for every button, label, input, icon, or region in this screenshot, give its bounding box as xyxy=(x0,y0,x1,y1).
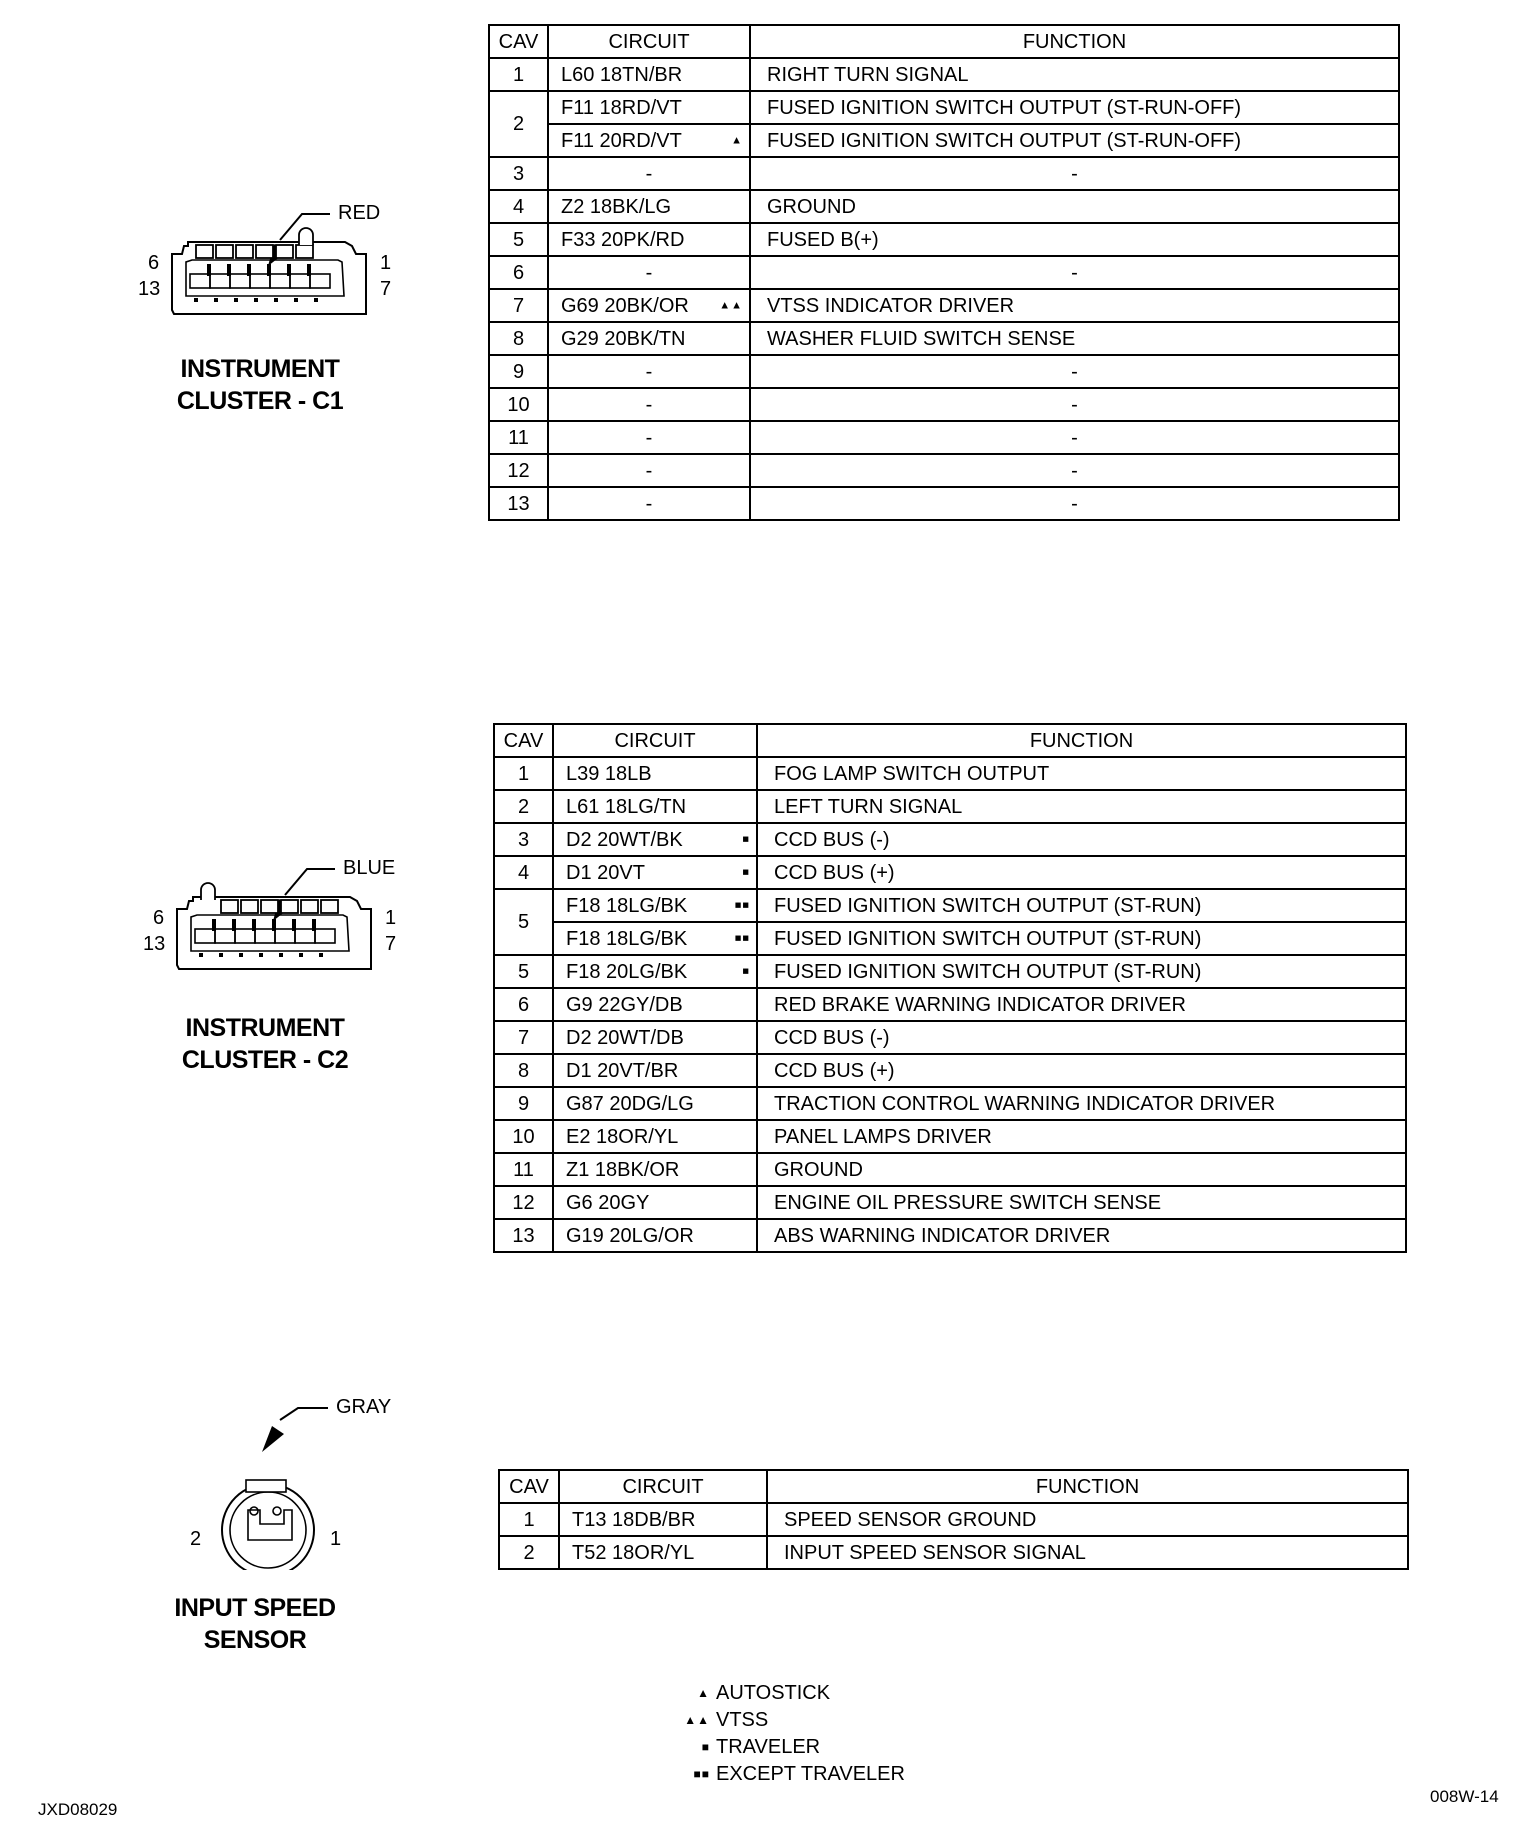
input-speed-sensor-connector: GRAY 2 1 xyxy=(180,1400,440,1580)
table-row: 8G29 20BK/TNWASHER FLUID SWITCH SENSE xyxy=(489,322,1399,355)
circuit-cell: L60 18TN/BR xyxy=(548,58,750,91)
circuit-code: E2 18OR/YL xyxy=(566,1126,678,1148)
legend-item: ■■EXCEPT TRAVELER xyxy=(678,1761,905,1788)
circuit-cell: D2 20WT/BK■ xyxy=(553,823,757,856)
connector-c1-title: INSTRUMENT CLUSTER - C1 xyxy=(150,353,370,417)
circuit-code: - xyxy=(646,394,653,416)
circuit-code: - xyxy=(646,460,653,482)
function-cell: SPEED SENSOR GROUND xyxy=(767,1503,1408,1536)
circuit-code: G87 20DG/LG xyxy=(566,1093,694,1115)
circuit-cell: L61 18LG/TN xyxy=(553,790,757,823)
connector-c1-title-line2: CLUSTER - C1 xyxy=(150,385,370,417)
column-header-cav: CAV xyxy=(489,25,548,58)
circuit-cell: - xyxy=(548,157,750,190)
circuit-cell: - xyxy=(548,454,750,487)
circuit-cell: F18 18LG/BK■■ xyxy=(553,922,757,955)
connector-c2: BLUE 6 1 13 7 xyxy=(135,845,455,1005)
cav-cell: 1 xyxy=(494,757,553,790)
function-cell: FUSED IGNITION SWITCH OUTPUT (ST-RUN) xyxy=(757,889,1406,922)
function-cell: LEFT TURN SIGNAL xyxy=(757,790,1406,823)
function-cell: ABS WARNING INDICATOR DRIVER xyxy=(757,1219,1406,1252)
table-row: 1L39 18LBFOG LAMP SWITCH OUTPUT xyxy=(494,757,1406,790)
cav-cell: 1 xyxy=(499,1503,559,1536)
page-reference: 008W-14 xyxy=(1430,1787,1499,1807)
sensor-title-line1: INPUT SPEED xyxy=(155,1592,355,1624)
function-cell: FUSED IGNITION SWITCH OUTPUT (ST-RUN) xyxy=(757,955,1406,988)
legend-label: VTSS xyxy=(716,1707,768,1734)
circuit-cell: - xyxy=(548,388,750,421)
cav-cell: 6 xyxy=(489,256,548,289)
circuit-cell: D1 20VT/BR xyxy=(553,1054,757,1087)
table-row: 1L60 18TN/BRRIGHT TURN SIGNAL xyxy=(489,58,1399,91)
document-id: JXD08029 xyxy=(38,1800,117,1820)
square-marker-icon: ■ xyxy=(678,1734,716,1761)
cav-cell: 5 xyxy=(494,889,553,955)
circuit-code: D2 20WT/BK xyxy=(566,829,683,851)
circuit-cell: T13 18DB/BR xyxy=(559,1503,767,1536)
input-speed-sensor-pinout-table: CAVCIRCUITFUNCTION1T13 18DB/BRSPEED SENS… xyxy=(498,1469,1409,1570)
table-row: 2F11 18RD/VTFUSED IGNITION SWITCH OUTPUT… xyxy=(489,91,1399,124)
connector-c1-color: RED xyxy=(338,202,380,225)
connector-c2-title: INSTRUMENT CLUSTER - C2 xyxy=(155,1012,375,1076)
circuit-code: F33 20PK/RD xyxy=(561,229,684,251)
function-cell: FUSED B(+) xyxy=(750,223,1399,256)
function-cell: - xyxy=(750,355,1399,388)
column-header-cav: CAV xyxy=(499,1470,559,1503)
circuit-code: L39 18LB xyxy=(566,763,652,785)
pin-label-bottom-right: 7 xyxy=(385,933,396,956)
function-cell: FOG LAMP SWITCH OUTPUT xyxy=(757,757,1406,790)
function-cell: VTSS INDICATOR DRIVER xyxy=(750,289,1399,322)
triangle-marker-icon: ▲▲ xyxy=(678,1707,716,1734)
pin-label-left: 2 xyxy=(190,1528,201,1551)
cav-cell: 11 xyxy=(489,421,548,454)
connector-c2-title-line1: INSTRUMENT xyxy=(155,1012,375,1044)
circuit-code: T13 18DB/BR xyxy=(572,1509,695,1531)
function-cell: GROUND xyxy=(750,190,1399,223)
square-marker-icon: ■ xyxy=(742,834,750,845)
square-marker-icon: ■■ xyxy=(678,1761,716,1788)
circuit-code: - xyxy=(646,262,653,284)
cav-cell: 1 xyxy=(489,58,548,91)
square-marker-icon: ■ xyxy=(742,867,750,878)
pin-label-bottom-left: 13 xyxy=(138,278,160,301)
cav-cell: 11 xyxy=(494,1153,553,1186)
circuit-code: F18 18LG/BK xyxy=(566,928,687,950)
circuit-cell: E2 18OR/YL xyxy=(553,1120,757,1153)
triangle-marker-icon: ▲▲ xyxy=(719,300,743,311)
circuit-code: - xyxy=(646,361,653,383)
cav-cell: 3 xyxy=(489,157,548,190)
function-cell: CCD BUS (-) xyxy=(757,1021,1406,1054)
column-header-circuit: CIRCUIT xyxy=(553,724,757,757)
function-cell: - xyxy=(750,421,1399,454)
column-header-cav: CAV xyxy=(494,724,553,757)
function-cell: FUSED IGNITION SWITCH OUTPUT (ST-RUN) xyxy=(757,922,1406,955)
function-cell: FUSED IGNITION SWITCH OUTPUT (ST-RUN-OFF… xyxy=(750,124,1399,157)
table-row: 6-- xyxy=(489,256,1399,289)
table-row: 12-- xyxy=(489,454,1399,487)
legend-label: AUTOSTICK xyxy=(716,1680,830,1707)
triangle-marker-icon: ▲ xyxy=(731,135,743,146)
sensor-color: GRAY xyxy=(336,1396,391,1419)
function-cell: CCD BUS (+) xyxy=(757,1054,1406,1087)
circuit-cell: G19 20LG/OR xyxy=(553,1219,757,1252)
square-marker-icon: ■■ xyxy=(735,933,750,944)
cav-cell: 10 xyxy=(489,388,548,421)
table-row: 3-- xyxy=(489,157,1399,190)
pin-label-right: 1 xyxy=(330,1528,341,1551)
circuit-cell: G87 20DG/LG xyxy=(553,1087,757,1120)
cav-cell: 13 xyxy=(494,1219,553,1252)
function-cell: - xyxy=(750,157,1399,190)
column-header-circuit: CIRCUIT xyxy=(548,25,750,58)
cav-cell: 8 xyxy=(489,322,548,355)
pin-label-top-right: 1 xyxy=(385,907,396,930)
circuit-cell: F11 18RD/VT xyxy=(548,91,750,124)
function-cell: RIGHT TURN SIGNAL xyxy=(750,58,1399,91)
circuit-cell: F18 20LG/BK■ xyxy=(553,955,757,988)
circuit-code: G19 20LG/OR xyxy=(566,1225,694,1247)
circuit-code: F11 18RD/VT xyxy=(561,97,682,119)
legend-item: ■TRAVELER xyxy=(678,1734,905,1761)
cav-cell: 10 xyxy=(494,1120,553,1153)
table-row: 13-- xyxy=(489,487,1399,520)
function-cell: WASHER FLUID SWITCH SENSE xyxy=(750,322,1399,355)
function-cell: RED BRAKE WARNING INDICATOR DRIVER xyxy=(757,988,1406,1021)
legend-label: TRAVELER xyxy=(716,1734,820,1761)
function-cell: INPUT SPEED SENSOR SIGNAL xyxy=(767,1536,1408,1569)
circuit-cell: G9 22GY/DB xyxy=(553,988,757,1021)
table-row: 5F18 18LG/BK■■FUSED IGNITION SWITCH OUTP… xyxy=(494,889,1406,922)
circuit-code: F18 18LG/BK xyxy=(566,895,687,917)
square-marker-icon: ■ xyxy=(742,966,750,977)
circuit-code: G69 20BK/OR xyxy=(561,295,689,317)
pin-label-top-right: 1 xyxy=(380,252,391,275)
circuit-code: - xyxy=(646,427,653,449)
cav-cell: 12 xyxy=(494,1186,553,1219)
circuit-cell: T52 18OR/YL xyxy=(559,1536,767,1569)
cav-cell: 3 xyxy=(494,823,553,856)
circuit-code: G29 20BK/TN xyxy=(561,328,686,350)
function-cell: PANEL LAMPS DRIVER xyxy=(757,1120,1406,1153)
cav-cell: 6 xyxy=(494,988,553,1021)
table-row: 10-- xyxy=(489,388,1399,421)
function-cell: - xyxy=(750,256,1399,289)
column-header-function: FUNCTION xyxy=(750,25,1399,58)
function-cell: CCD BUS (-) xyxy=(757,823,1406,856)
table-row: 7D2 20WT/DBCCD BUS (-) xyxy=(494,1021,1406,1054)
function-cell: TRACTION CONTROL WARNING INDICATOR DRIVE… xyxy=(757,1087,1406,1120)
circuit-cell: D1 20VT■ xyxy=(553,856,757,889)
cav-cell: 4 xyxy=(489,190,548,223)
cav-cell: 2 xyxy=(489,91,548,157)
table-header-row: CAVCIRCUITFUNCTION xyxy=(489,25,1399,58)
circuit-code: D1 20VT/BR xyxy=(566,1060,678,1082)
circuit-code: D2 20WT/DB xyxy=(566,1027,684,1049)
table-row: 5F18 20LG/BK■FUSED IGNITION SWITCH OUTPU… xyxy=(494,955,1406,988)
cav-cell: 13 xyxy=(489,487,548,520)
pin-label-bottom-right: 7 xyxy=(380,278,391,301)
pin-label-bottom-left: 13 xyxy=(143,933,165,956)
function-cell: - xyxy=(750,388,1399,421)
function-cell: CCD BUS (+) xyxy=(757,856,1406,889)
circuit-code: L61 18LG/TN xyxy=(566,796,686,818)
legend-label: EXCEPT TRAVELER xyxy=(716,1761,905,1788)
circuit-cell: - xyxy=(548,355,750,388)
speed-sensor-connector-icon xyxy=(180,1400,440,1570)
table-row: 9-- xyxy=(489,355,1399,388)
circuit-code: F18 20LG/BK xyxy=(566,961,687,983)
circuit-code: G6 20GY xyxy=(566,1192,649,1214)
cav-cell: 5 xyxy=(489,223,548,256)
table-row: 3D2 20WT/BK■CCD BUS (-) xyxy=(494,823,1406,856)
circuit-code: Z1 18BK/OR xyxy=(566,1159,679,1181)
table-row: F11 20RD/VT▲FUSED IGNITION SWITCH OUTPUT… xyxy=(489,124,1399,157)
circuit-code: T52 18OR/YL xyxy=(572,1542,694,1564)
cav-cell: 2 xyxy=(494,790,553,823)
connector-c1-icon xyxy=(130,190,450,340)
cav-cell: 2 xyxy=(499,1536,559,1569)
circuit-cell: - xyxy=(548,421,750,454)
table-row: 2L61 18LG/TNLEFT TURN SIGNAL xyxy=(494,790,1406,823)
table-row: 1T13 18DB/BRSPEED SENSOR GROUND xyxy=(499,1503,1408,1536)
circuit-code: L60 18TN/BR xyxy=(561,64,682,86)
table-row: 7G69 20BK/OR▲▲VTSS INDICATOR DRIVER xyxy=(489,289,1399,322)
connector-c2-title-line2: CLUSTER - C2 xyxy=(155,1044,375,1076)
table-row: 2T52 18OR/YLINPUT SPEED SENSOR SIGNAL xyxy=(499,1536,1408,1569)
circuit-cell: Z1 18BK/OR xyxy=(553,1153,757,1186)
column-header-function: FUNCTION xyxy=(757,724,1406,757)
circuit-code: Z2 18BK/LG xyxy=(561,196,671,218)
instrument-cluster-c2-pinout-table: CAVCIRCUITFUNCTION1L39 18LBFOG LAMP SWIT… xyxy=(493,723,1407,1253)
square-marker-icon: ■■ xyxy=(735,900,750,911)
table-header-row: CAVCIRCUITFUNCTION xyxy=(494,724,1406,757)
instrument-cluster-c1-pinout-table: CAVCIRCUITFUNCTION1L60 18TN/BRRIGHT TURN… xyxy=(488,24,1400,521)
legend-item: ▲AUTOSTICK xyxy=(678,1680,905,1707)
legend-item: ▲▲VTSS xyxy=(678,1707,905,1734)
function-cell: - xyxy=(750,454,1399,487)
function-cell: ENGINE OIL PRESSURE SWITCH SENSE xyxy=(757,1186,1406,1219)
marker-legend: ▲AUTOSTICK▲▲VTSS■TRAVELER■■EXCEPT TRAVEL… xyxy=(678,1680,905,1788)
connector-c2-color: BLUE xyxy=(343,857,395,880)
function-cell: GROUND xyxy=(757,1153,1406,1186)
circuit-cell: Z2 18BK/LG xyxy=(548,190,750,223)
circuit-cell: G69 20BK/OR▲▲ xyxy=(548,289,750,322)
table-row: 12G6 20GYENGINE OIL PRESSURE SWITCH SENS… xyxy=(494,1186,1406,1219)
function-cell: FUSED IGNITION SWITCH OUTPUT (ST-RUN-OFF… xyxy=(750,91,1399,124)
table-row: 8D1 20VT/BRCCD BUS (+) xyxy=(494,1054,1406,1087)
triangle-marker-icon: ▲ xyxy=(678,1680,716,1707)
table-row: 13G19 20LG/ORABS WARNING INDICATOR DRIVE… xyxy=(494,1219,1406,1252)
cav-cell: 7 xyxy=(494,1021,553,1054)
pin-label-top-left: 6 xyxy=(148,252,159,275)
column-header-function: FUNCTION xyxy=(767,1470,1408,1503)
circuit-cell: D2 20WT/DB xyxy=(553,1021,757,1054)
circuit-code: F11 20RD/VT xyxy=(561,130,682,152)
connector-c1-title-line1: INSTRUMENT xyxy=(150,353,370,385)
circuit-cell: L39 18LB xyxy=(553,757,757,790)
table-row: 4D1 20VT■CCD BUS (+) xyxy=(494,856,1406,889)
circuit-cell: G6 20GY xyxy=(553,1186,757,1219)
circuit-code: - xyxy=(646,163,653,185)
sensor-title: INPUT SPEED SENSOR xyxy=(155,1592,355,1656)
table-row: 10E2 18OR/YLPANEL LAMPS DRIVER xyxy=(494,1120,1406,1153)
table-row: 11-- xyxy=(489,421,1399,454)
table-row: 6G9 22GY/DBRED BRAKE WARNING INDICATOR D… xyxy=(494,988,1406,1021)
circuit-cell: F11 20RD/VT▲ xyxy=(548,124,750,157)
connector-c2-icon xyxy=(135,845,455,995)
cav-cell: 4 xyxy=(494,856,553,889)
circuit-cell: G29 20BK/TN xyxy=(548,322,750,355)
cav-cell: 9 xyxy=(494,1087,553,1120)
table-row: F18 18LG/BK■■FUSED IGNITION SWITCH OUTPU… xyxy=(494,922,1406,955)
table-row: 11Z1 18BK/ORGROUND xyxy=(494,1153,1406,1186)
sensor-title-line2: SENSOR xyxy=(155,1624,355,1656)
cav-cell: 12 xyxy=(489,454,548,487)
table-row: 9G87 20DG/LGTRACTION CONTROL WARNING IND… xyxy=(494,1087,1406,1120)
circuit-code: - xyxy=(646,493,653,515)
function-cell: - xyxy=(750,487,1399,520)
pin-label-top-left: 6 xyxy=(153,907,164,930)
circuit-code: G9 22GY/DB xyxy=(566,994,683,1016)
cav-cell: 9 xyxy=(489,355,548,388)
circuit-cell: - xyxy=(548,256,750,289)
circuit-cell: F18 18LG/BK■■ xyxy=(553,889,757,922)
table-header-row: CAVCIRCUITFUNCTION xyxy=(499,1470,1408,1503)
circuit-cell: F33 20PK/RD xyxy=(548,223,750,256)
column-header-circuit: CIRCUIT xyxy=(559,1470,767,1503)
cav-cell: 7 xyxy=(489,289,548,322)
circuit-code: D1 20VT xyxy=(566,862,645,884)
cav-cell: 8 xyxy=(494,1054,553,1087)
table-row: 5F33 20PK/RDFUSED B(+) xyxy=(489,223,1399,256)
circuit-cell: - xyxy=(548,487,750,520)
table-row: 4Z2 18BK/LGGROUND xyxy=(489,190,1399,223)
cav-cell: 5 xyxy=(494,955,553,988)
